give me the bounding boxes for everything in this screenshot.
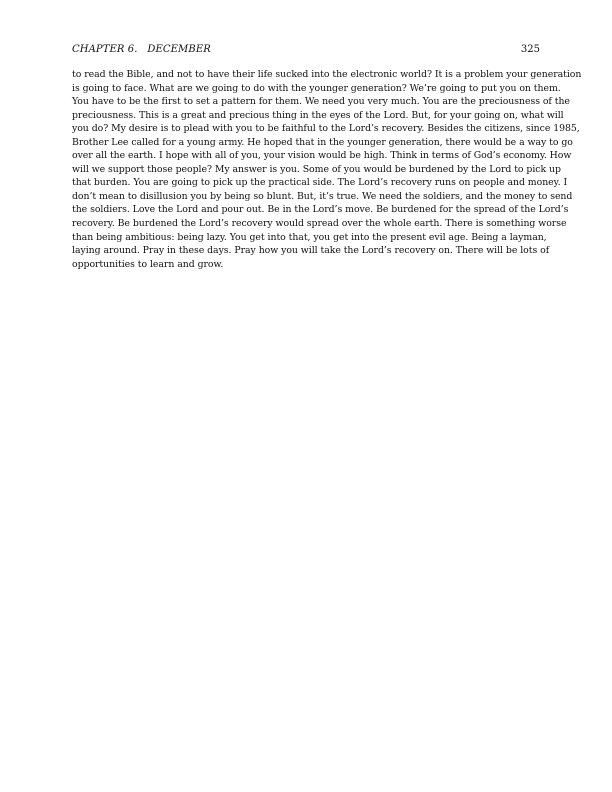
text-line: than being ambitious: being lazy. You ge… [72,231,540,245]
text-line: that burden. You are going to pick up th… [72,176,540,190]
text-line: is going to face. What are we going to d… [72,82,540,96]
text-line: recovery. Be burdened the Lord’s recover… [72,217,540,231]
text-line: the soldiers. Love the Lord and pour out… [72,203,540,217]
page-number: 325 [521,43,540,57]
body-paragraph: to read the Bible, and not to have their… [72,68,540,271]
text-line: you do? My desire is to plead with you t… [72,122,540,136]
text-line: over all the earth. I hope with all of y… [72,149,540,163]
chapter-title: CHAPTER 6. DECEMBER [72,43,211,57]
text-line: laying around. Pray in these days. Pray … [72,244,540,258]
text-line: opportunities to learn and grow. [72,258,540,272]
text-line: to read the Bible, and not to have their… [72,68,540,82]
text-line: preciousness. This is a great and precio… [72,109,540,123]
text-line: Brother Lee called for a young army. He … [72,136,540,150]
text-line: You have to be the first to set a patter… [72,95,540,109]
running-header: CHAPTER 6. DECEMBER 325 [72,43,540,57]
text-line: will we support those people? My answer … [72,163,540,177]
text-line: don’t mean to disillusion you by being s… [72,190,540,204]
